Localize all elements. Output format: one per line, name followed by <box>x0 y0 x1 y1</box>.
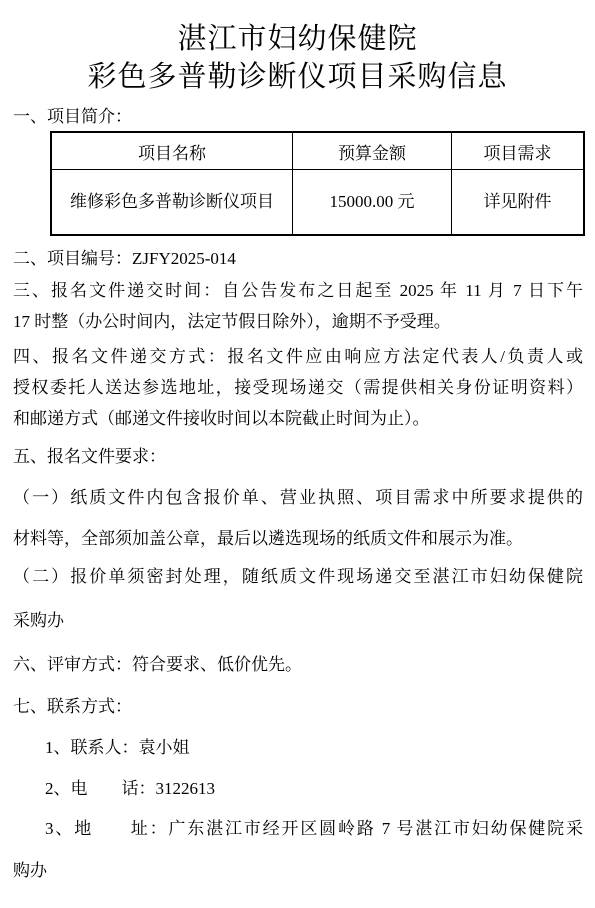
section-heading-file-requirements: 五、报名文件要求： <box>13 446 583 468</box>
document-title-line2: 彩色多普勒诊断仪项目采购信息 <box>0 60 595 94</box>
line-requirement-2a: （二）报价单须密封处理，随纸质文件现场递交至湛江市妇幼保健院 <box>13 566 583 588</box>
table-cell-budget: 15000.00 元 <box>293 170 452 236</box>
line-submission-time-2: 17 时整（办公时间内，法定节假日除外），逾期不予受理。 <box>13 311 583 333</box>
section-heading-project-intro: 一、项目简介： <box>13 106 583 128</box>
table-header-budget: 预算金额 <box>293 132 452 170</box>
table-header-row: 项目名称 预算金额 项目需求 <box>51 132 584 170</box>
line-contact-address-1: 3、地 址：广东湛江市经开区圆岭路 7 号湛江市妇幼保健院采 <box>45 818 583 840</box>
table-header-project-name: 项目名称 <box>51 132 293 170</box>
line-contact-address-2: 购办 <box>13 860 583 882</box>
line-contact-person: 1、联系人：袁小姐 <box>45 737 583 759</box>
line-requirement-2b: 采购办 <box>13 610 583 632</box>
table-cell-requirement: 详见附件 <box>452 170 585 236</box>
table-header-requirement: 项目需求 <box>452 132 585 170</box>
line-requirement-1a: （一）纸质文件内包含报价单、营业执照、项目需求中所要求提供的 <box>13 487 583 509</box>
line-submission-time-1: 三、报名文件递交时间：自公告发布之日起至 2025 年 11 月 7 日下午 <box>13 280 583 302</box>
line-contact-phone: 2、电 话：3122613 <box>45 778 583 800</box>
line-requirement-1b: 材料等，全部须加盖公章，最后以遴选现场的纸质文件和展示为准。 <box>13 528 583 550</box>
table-cell-project-name: 维修彩色多普勒诊断仪项目 <box>51 170 293 236</box>
document-title-line1: 湛江市妇幼保健院 <box>0 22 595 56</box>
section-heading-contact: 七、联系方式： <box>13 696 583 718</box>
line-submission-method-1: 四、报名文件递交方式：报名文件应由响应方法定代表人/负责人或 <box>13 346 583 368</box>
table-row: 维修彩色多普勒诊断仪项目 15000.00 元 详见附件 <box>51 170 584 236</box>
line-project-number: 二、项目编号：ZJFY2025-014 <box>13 248 583 270</box>
project-info-table: 项目名称 预算金额 项目需求 维修彩色多普勒诊断仪项目 15000.00 元 详… <box>50 131 585 236</box>
line-submission-method-2: 授权委托人送达参选地址，接受现场递交（需提供相关身份证明资料） <box>13 377 583 399</box>
line-submission-method-3: 和邮递方式（邮递文件接收时间以本院截止时间为止）。 <box>13 408 583 430</box>
document-page: 湛江市妇幼保健院 彩色多普勒诊断仪项目采购信息 一、项目简介： 项目名称 预算金… <box>0 0 595 908</box>
line-review-method: 六、评审方式：符合要求、低价优先。 <box>13 654 583 676</box>
